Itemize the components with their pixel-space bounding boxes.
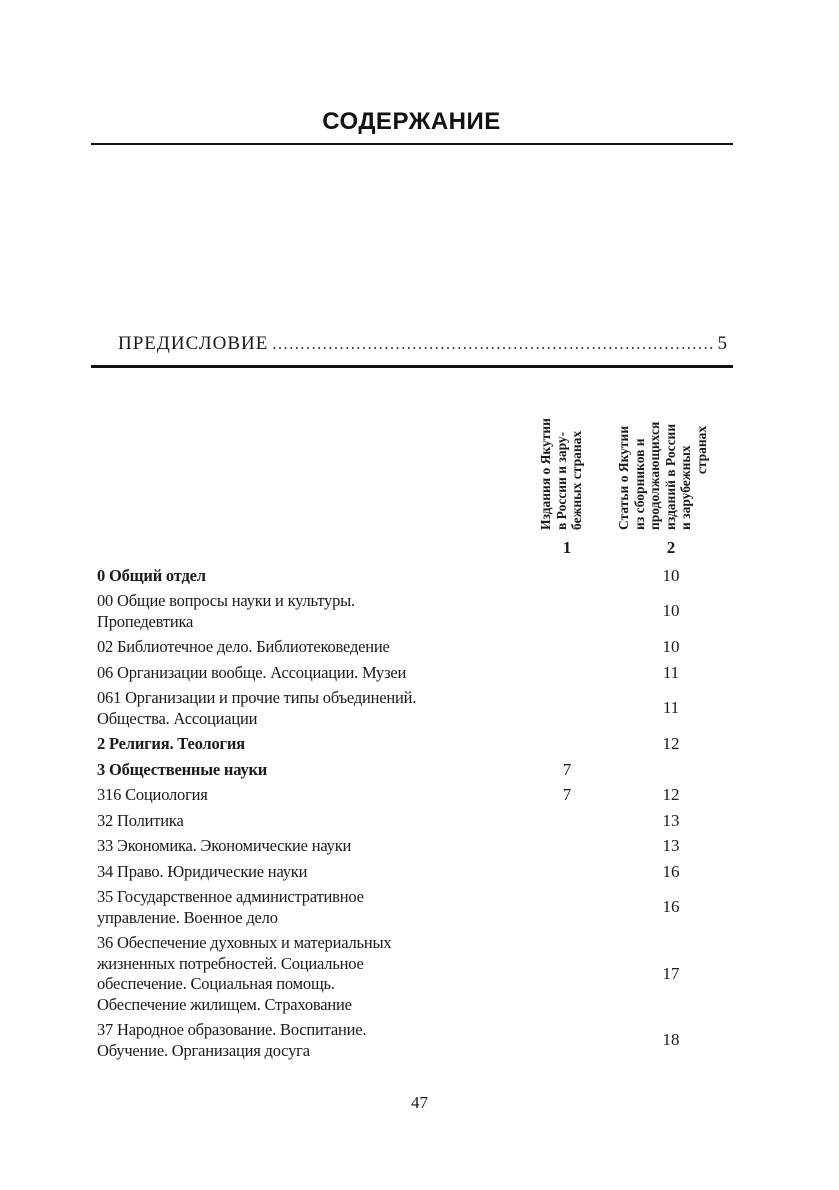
page-col-2: 16 bbox=[651, 897, 691, 918]
page-col-2: 18 bbox=[651, 1030, 691, 1051]
toc-row[interactable]: 36 Обеспечение духовных и материальныхжи… bbox=[97, 931, 737, 1018]
toc-entry-preface[interactable]: ПРЕДИСЛОВИЕ 5 bbox=[118, 333, 727, 355]
section-title: 37 Народное образование. Воспитание.Обуч… bbox=[97, 1020, 537, 1061]
section-title: 32 Политика bbox=[97, 811, 537, 832]
page-col-2: 16 bbox=[651, 862, 691, 883]
page-col-2: 13 bbox=[651, 836, 691, 857]
section-title: 02 Библиотечное дело. Библиотековедение bbox=[97, 637, 537, 658]
table-divider bbox=[91, 365, 733, 368]
page-col-2: 11 bbox=[651, 698, 691, 719]
page-col-2: 11 bbox=[651, 663, 691, 684]
column-header-line: изданий в России bbox=[663, 370, 679, 530]
page-col-2: 10 bbox=[651, 566, 691, 587]
toc-row[interactable]: 34 Право. Юридические науки16 bbox=[97, 859, 737, 885]
section-title: 34 Право. Юридические науки bbox=[97, 862, 537, 883]
page-col-2: 10 bbox=[651, 637, 691, 658]
section-title: 36 Обеспечение духовных и материальныхжи… bbox=[97, 933, 537, 1015]
toc-row[interactable]: 33 Экономика. Экономические науки13 bbox=[97, 834, 737, 860]
toc-row[interactable]: 32 Политика13 bbox=[97, 808, 737, 834]
toc-table: 0 Общий отдел1000 Общие вопросы науки и … bbox=[97, 563, 737, 1064]
toc-row[interactable]: 2 Религия. Теология12 bbox=[97, 732, 737, 758]
page-col-1: 7 bbox=[547, 785, 587, 806]
section-title: 0 Общий отдел bbox=[97, 566, 537, 587]
page-col-1: 7 bbox=[547, 760, 587, 781]
preface-page: 5 bbox=[718, 333, 728, 355]
toc-row[interactable]: 316 Социология712 bbox=[97, 783, 737, 809]
page-col-2: 12 bbox=[651, 785, 691, 806]
page-col-2: 12 bbox=[651, 734, 691, 755]
page-title: СОДЕРЖАНИЕ bbox=[90, 108, 733, 136]
column-header-line: продолжающихся bbox=[647, 370, 663, 530]
column-header-line: и зарубежных bbox=[678, 370, 694, 530]
toc-row[interactable]: 00 Общие вопросы науки и культуры.Пропед… bbox=[97, 589, 737, 635]
column-number-1: 1 bbox=[547, 538, 587, 558]
toc-row[interactable]: 37 Народное образование. Воспитание.Обуч… bbox=[97, 1018, 737, 1064]
toc-row[interactable]: 3 Общественные науки7 bbox=[97, 757, 737, 783]
section-title: 3 Общественные науки bbox=[97, 760, 537, 781]
preface-label: ПРЕДИСЛОВИЕ bbox=[118, 333, 268, 355]
toc-row[interactable]: 061 Организации и прочие типы объединени… bbox=[97, 686, 737, 732]
section-title: 00 Общие вопросы науки и культуры.Пропед… bbox=[97, 591, 537, 632]
section-title: 33 Экономика. Экономические науки bbox=[97, 836, 537, 857]
page-col-2: 10 bbox=[651, 601, 691, 622]
section-title: 061 Организации и прочие типы объединени… bbox=[97, 688, 537, 729]
toc-row[interactable]: 02 Библиотечное дело. Библиотековедение1… bbox=[97, 635, 737, 661]
column-header-line: из сборников и bbox=[632, 370, 648, 530]
section-title: 2 Религия. Теология bbox=[97, 734, 537, 755]
section-title: 316 Социология bbox=[97, 785, 537, 806]
column-header-line: Статьи о Якутии bbox=[616, 370, 632, 530]
title-divider bbox=[91, 143, 733, 145]
column-header-line: в России и зару- bbox=[554, 370, 570, 530]
toc-row[interactable]: 0 Общий отдел10 bbox=[97, 563, 737, 589]
column-header-line: странах bbox=[694, 370, 710, 530]
section-title: 35 Государственное административноеуправ… bbox=[97, 887, 537, 928]
leader-dots bbox=[272, 336, 713, 354]
column-header-line: Издания о Якутии bbox=[538, 370, 554, 530]
toc-row[interactable]: 35 Государственное административноеуправ… bbox=[97, 885, 737, 931]
page-number: 47 bbox=[0, 1093, 839, 1113]
section-title: 06 Организации вообще. Ассоциации. Музеи bbox=[97, 663, 537, 684]
page-col-2: 17 bbox=[651, 964, 691, 985]
page-col-2: 13 bbox=[651, 811, 691, 832]
column-header-line: бежных странах bbox=[569, 370, 585, 530]
column-number-2: 2 bbox=[651, 538, 691, 558]
toc-row[interactable]: 06 Организации вообще. Ассоциации. Музеи… bbox=[97, 660, 737, 686]
